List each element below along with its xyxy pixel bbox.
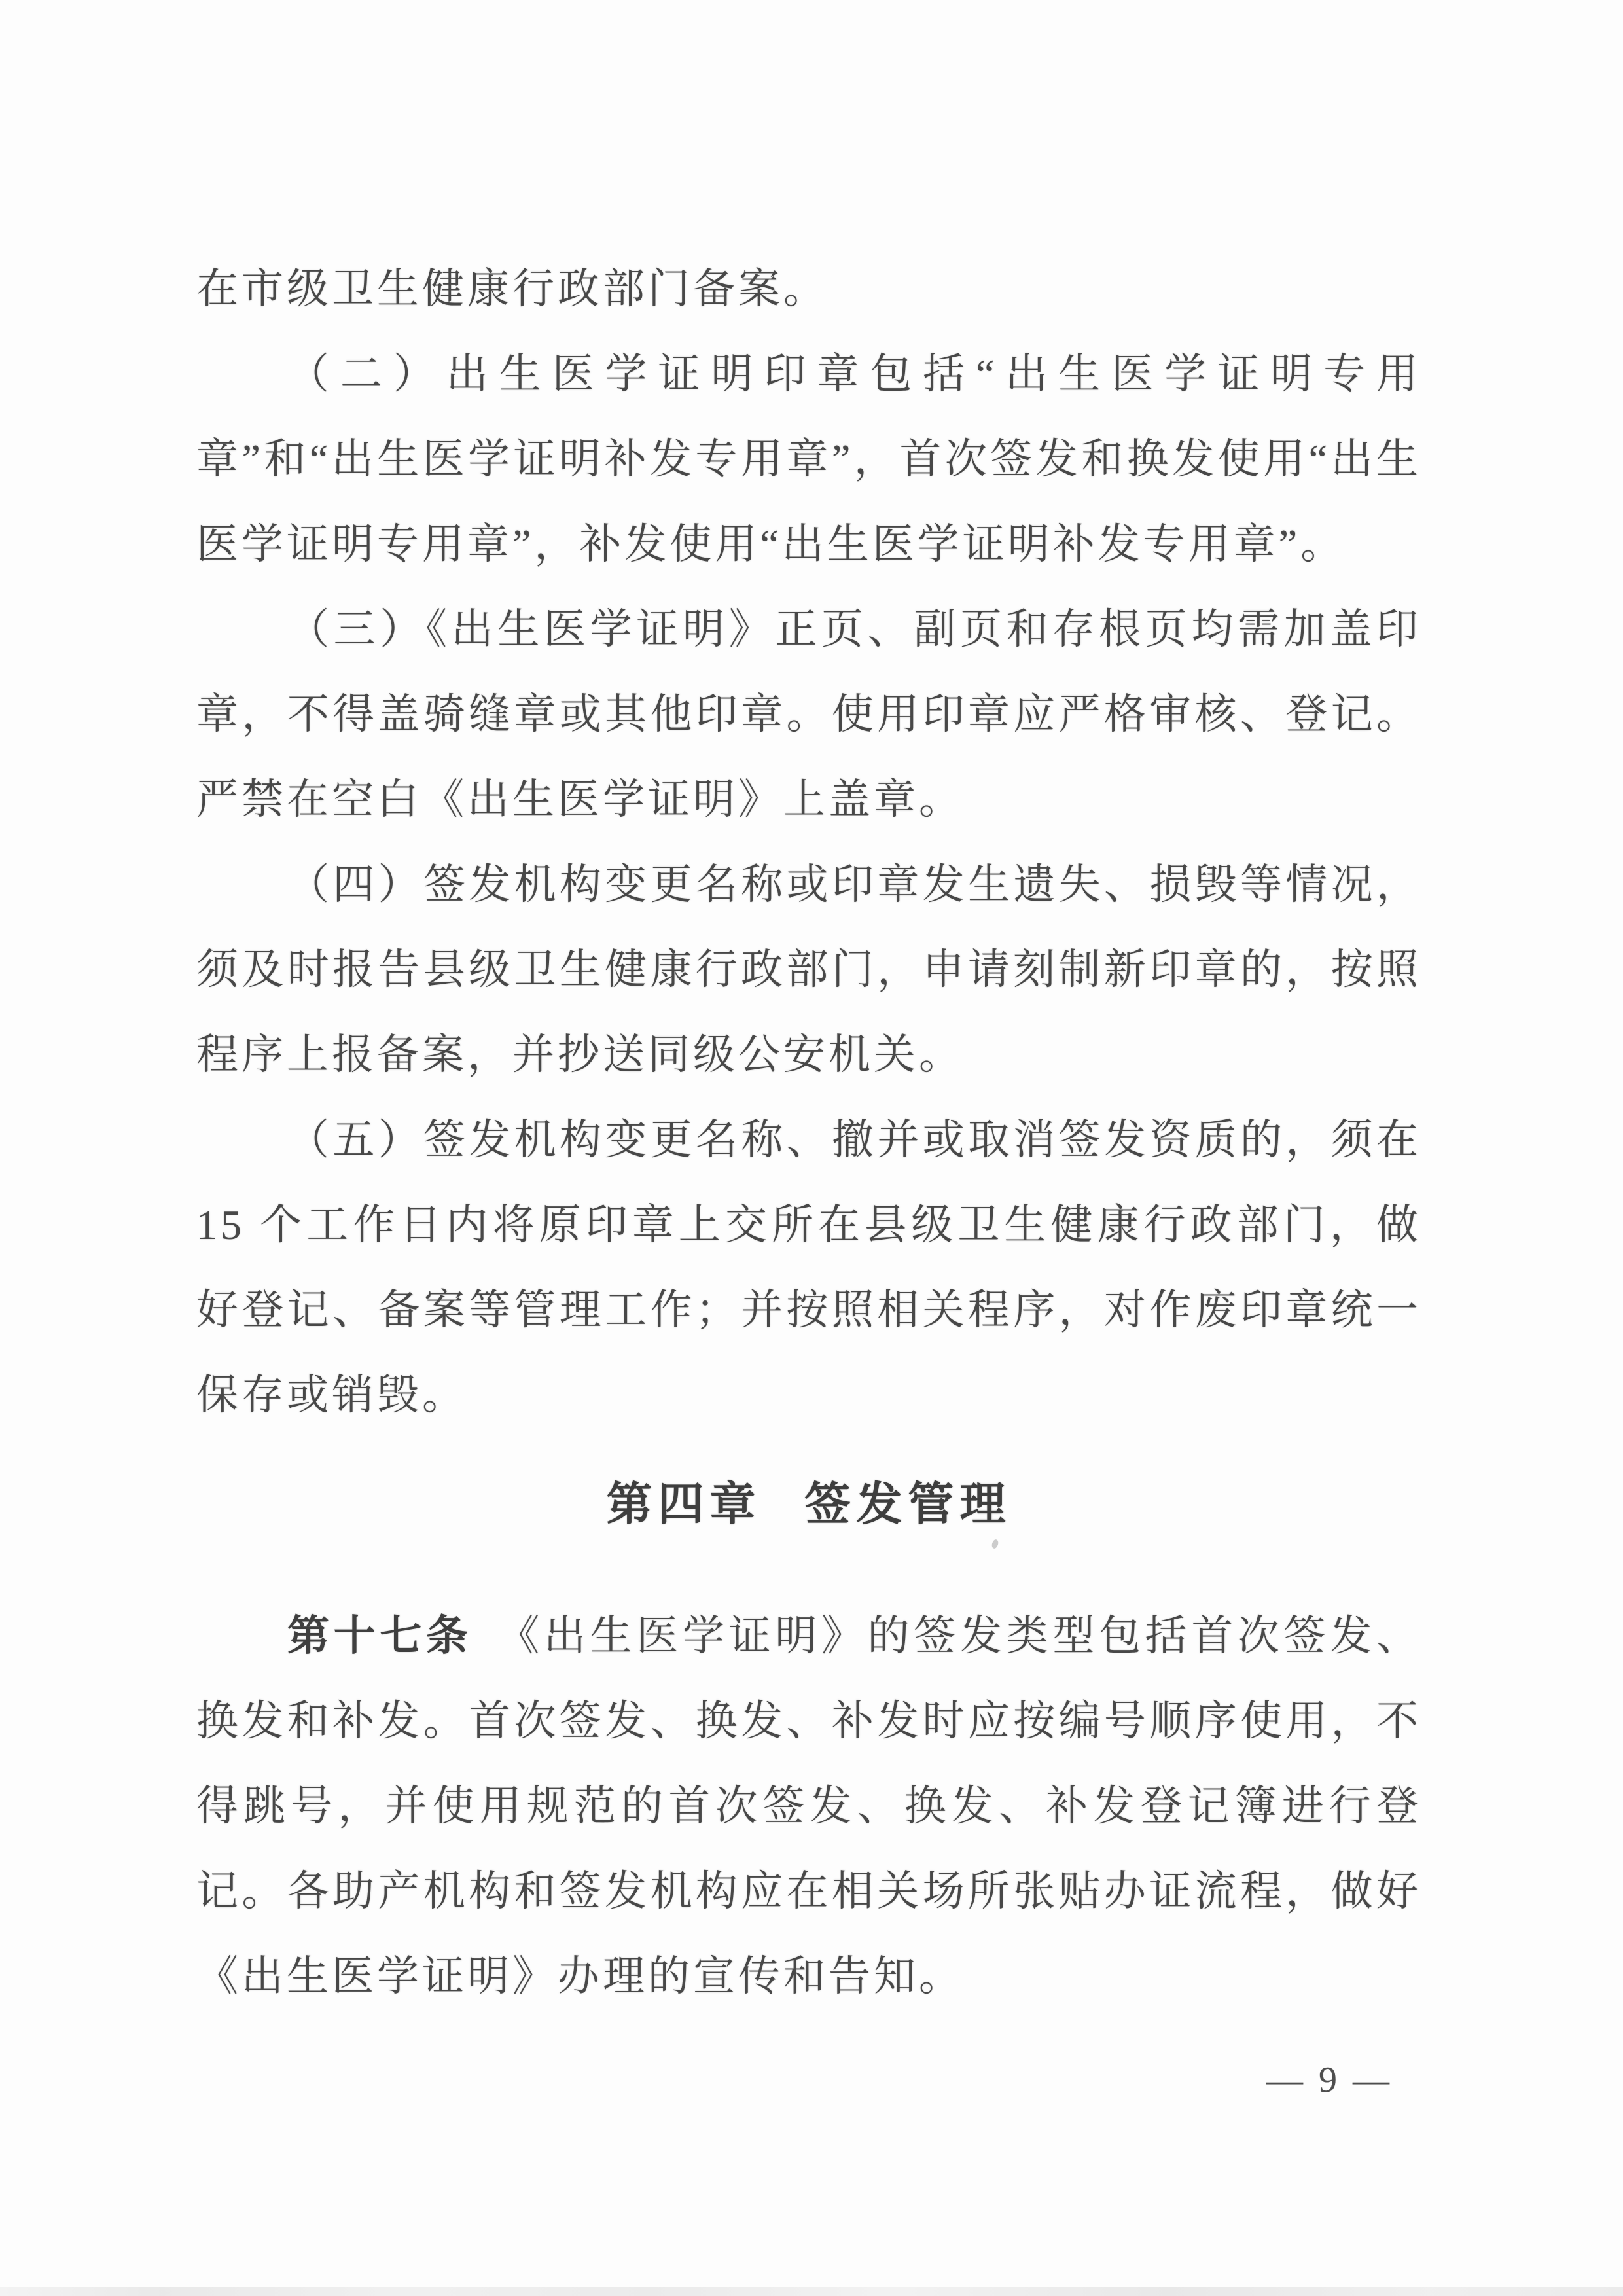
scan-edge-artifact [0, 2287, 1623, 2296]
article-number-lead: 第十七条 [287, 1612, 473, 1659]
page-number: — 9 — [1266, 2059, 1393, 2101]
chapter-title: 签发管理 [805, 1479, 1012, 1530]
article-text: 《出生医学证明》的签发类型包括首次签发、换发和补发。首次签发、换发、补发时应按编… [196, 1613, 1421, 2000]
paragraph-item-two: （二）出生医学证明印章包括“出生医学证明专用章”和“出生医学证明补发专用章”，首… [196, 332, 1421, 587]
paragraph-item-five: （五）签发机构变更名称、撤并或取消签发资质的，须在 15 个工作日内将原印章上交… [196, 1098, 1421, 1438]
paragraph-article-17: 第十七条 《出生医学证明》的签发类型包括首次签发、换发和补发。首次签发、换发、补… [196, 1593, 1421, 2019]
paragraph-item-three: （三）《出生医学证明》正页、副页和存根页均需加盖印章，不得盖骑缝章或其他印章。使… [196, 587, 1421, 842]
paragraph-continuation: 在市级卫生健康行政部门备案。 [196, 247, 1421, 332]
document-page: 在市级卫生健康行政部门备案。 （二）出生医学证明印章包括“出生医学证明专用章”和… [0, 0, 1623, 2296]
paragraph-item-four: （四）签发机构变更名称或印章发生遗失、损毁等情况，须及时报告县级卫生健康行政部门… [196, 842, 1421, 1098]
chapter-number: 第四章 [607, 1479, 762, 1530]
chapter-heading: 第四章签发管理 [196, 1475, 1421, 1533]
document-body: 在市级卫生健康行政部门备案。 （二）出生医学证明印章包括“出生医学证明专用章”和… [196, 247, 1421, 2019]
